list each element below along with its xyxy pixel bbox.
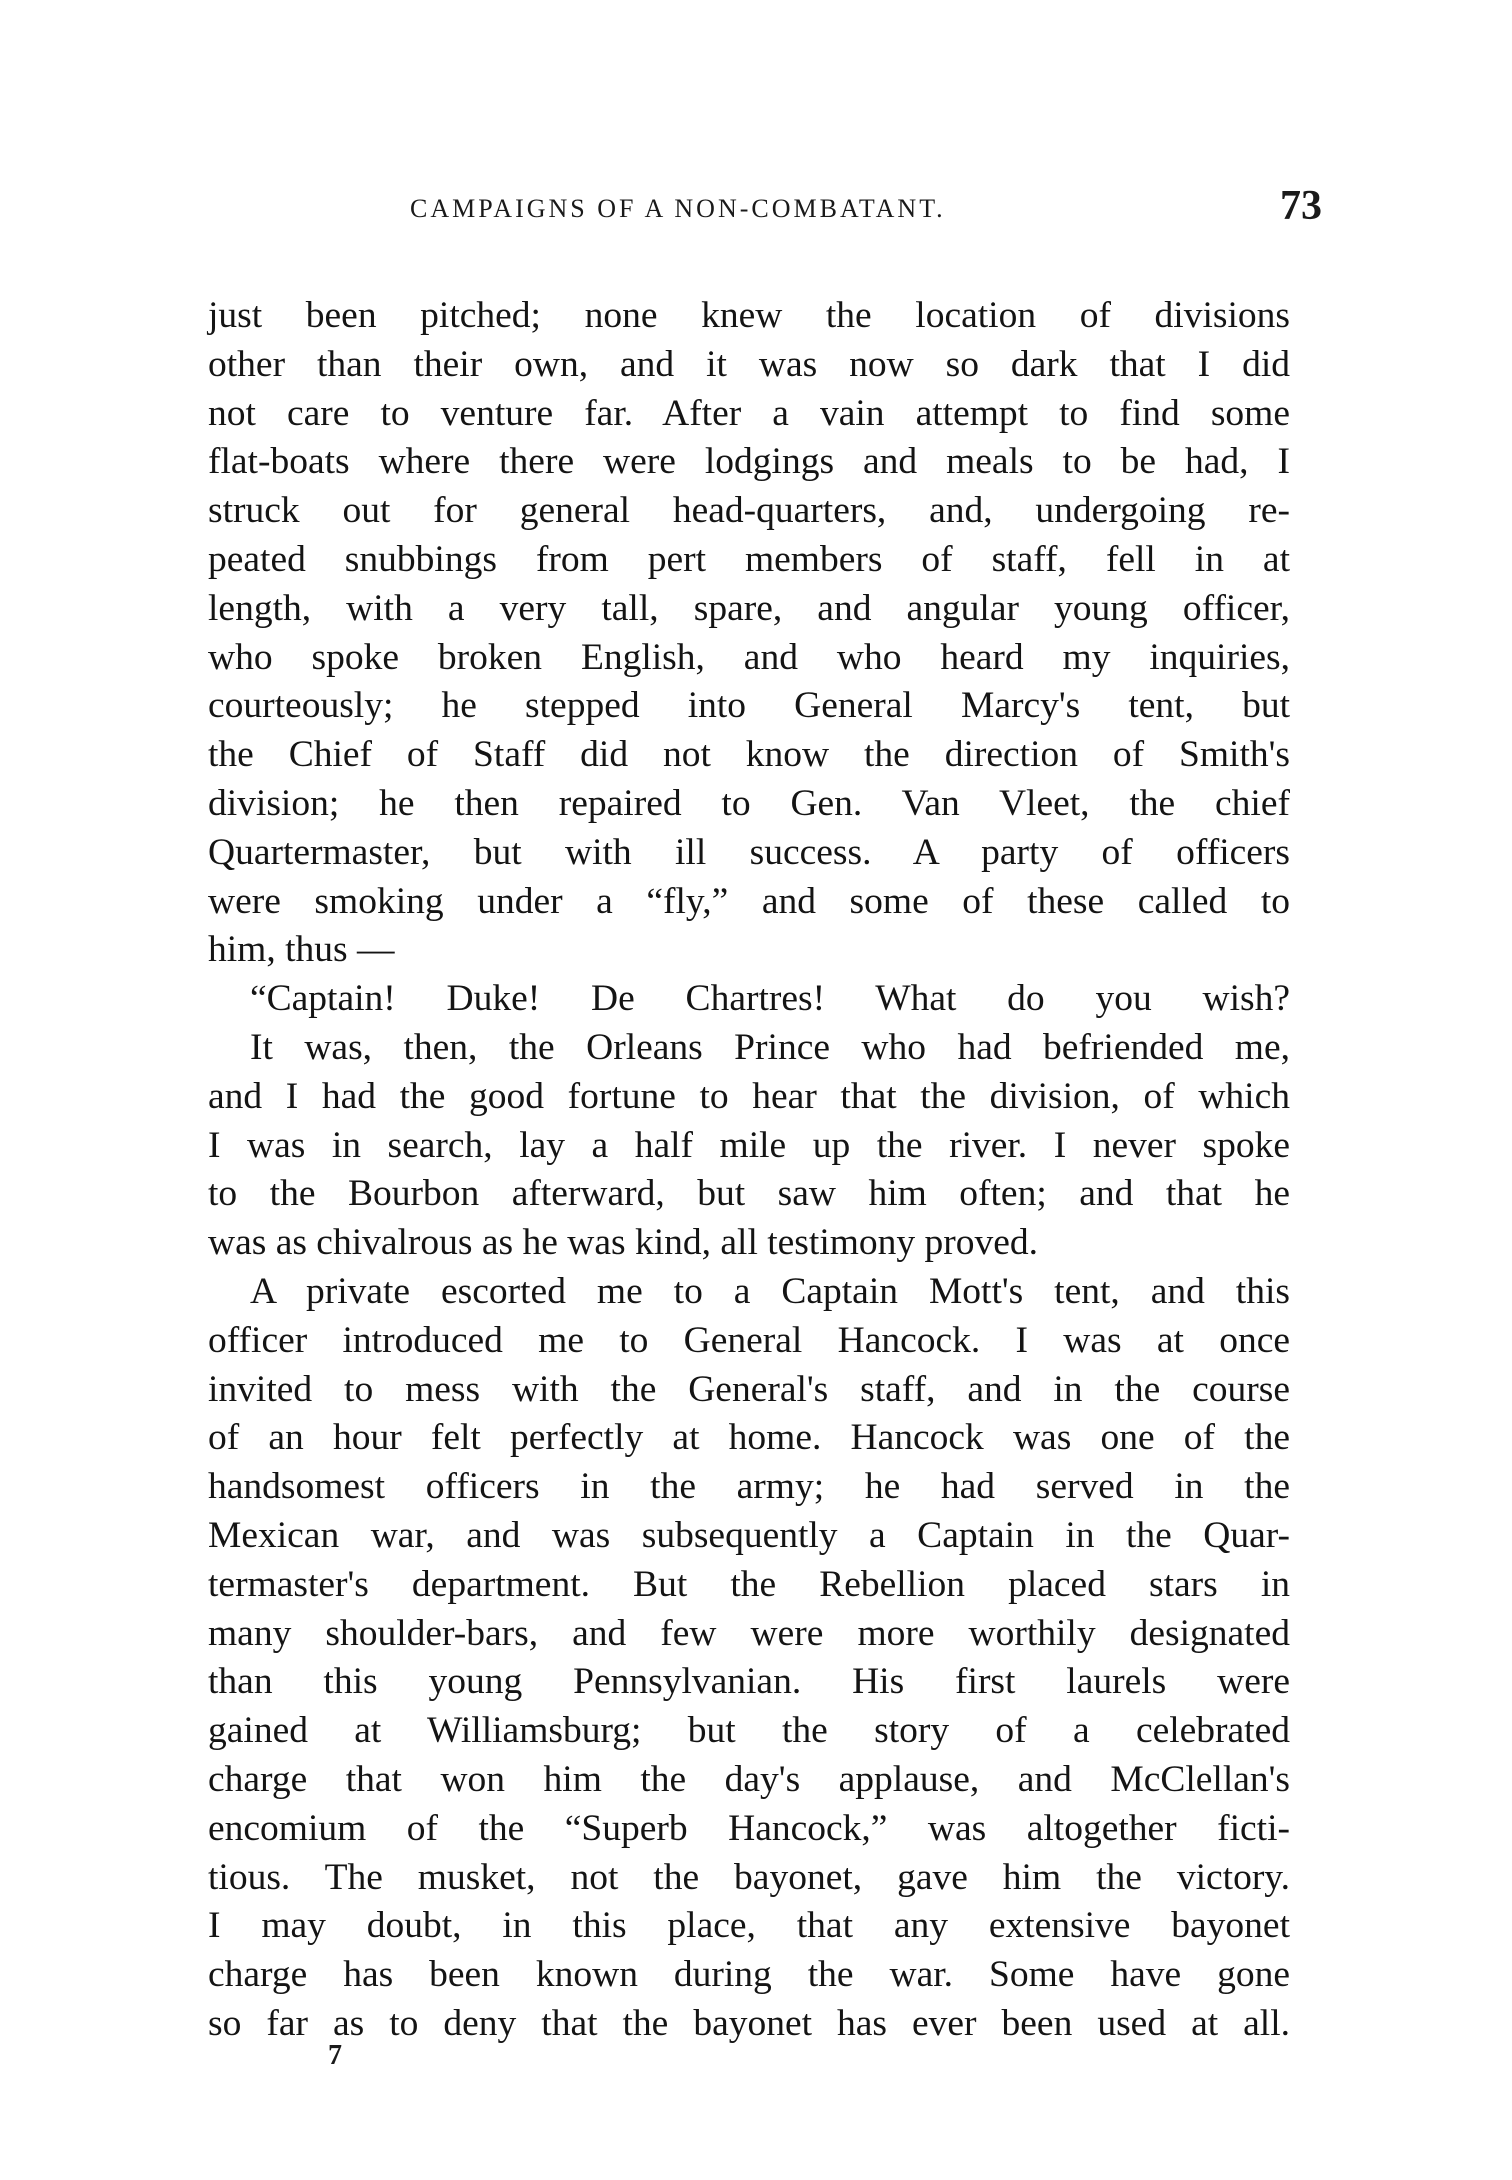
text-line: courteously; he stepped into General Mar… (208, 682, 1290, 731)
signature-mark: 7 (328, 2040, 342, 2072)
text-line: gained at Williamsburg; but the story of… (208, 1707, 1290, 1756)
page-number: 73 (1280, 182, 1322, 230)
text-line: charge has been known during the war. So… (208, 1951, 1290, 2000)
text-line: Quartermaster, but with ill success. A p… (208, 829, 1290, 878)
text-line: officer introduced me to General Hancock… (208, 1317, 1290, 1366)
text-line: other than their own, and it was now so … (208, 341, 1290, 390)
text-line: struck out for general head-quarters, an… (208, 487, 1290, 536)
text-line: so far as to deny that the bayonet has e… (208, 2000, 1290, 2049)
text-line: not care to venture far. After a vain at… (208, 390, 1290, 439)
text-line: length, with a very tall, spare, and ang… (208, 585, 1290, 634)
book-page: CAMPAIGNS OF A NON-COMBATANT. 73 just be… (0, 0, 1512, 2180)
dialogue-line: “Captain! Duke! De Chartres! What do you… (208, 975, 1290, 1024)
text-line: who spoke broken English, and who heard … (208, 634, 1290, 683)
text-line: to the Bourbon afterward, but saw him of… (208, 1170, 1290, 1219)
text-line: many shoulder-bars, and few were more wo… (208, 1610, 1290, 1659)
text-line: charge that won him the day's applause, … (208, 1756, 1290, 1805)
text-line: I was in search, lay a half mile up the … (208, 1122, 1290, 1171)
text-line: I may doubt, in this place, that any ext… (208, 1902, 1290, 1951)
text-line: the Chief of Staff did not know the dire… (208, 731, 1290, 780)
text-line: termaster's department. But the Rebellio… (208, 1561, 1290, 1610)
text-line: were smoking under a “fly,” and some of … (208, 878, 1290, 927)
text-line: flat-boats where there were lodgings and… (208, 438, 1290, 487)
text-line: handsomest officers in the army; he had … (208, 1463, 1290, 1512)
text-line: and I had the good fortune to hear that … (208, 1073, 1290, 1122)
text-line: peated snubbings from pert members of st… (208, 536, 1290, 585)
text-line: encomium of the “Superb Hancock,” was al… (208, 1805, 1290, 1854)
text-line: him, thus — (208, 926, 1290, 975)
text-line: just been pitched; none knew the locatio… (208, 292, 1290, 341)
text-line: was as chivalrous as he was kind, all te… (208, 1219, 1290, 1268)
paragraph-start-line: A private escorted me to a Captain Mott'… (208, 1268, 1290, 1317)
text-line: of an hour felt perfectly at home. Hanco… (208, 1414, 1290, 1463)
text-line: tious. The musket, not the bayonet, gave… (208, 1854, 1290, 1903)
text-line: than this young Pennsylvanian. His first… (208, 1658, 1290, 1707)
body-text: just been pitched; none knew the locatio… (208, 292, 1290, 2049)
text-line: invited to mess with the General's staff… (208, 1366, 1290, 1415)
paragraph-start-line: It was, then, the Orleans Prince who had… (208, 1024, 1290, 1073)
text-line: division; he then repaired to Gen. Van V… (208, 780, 1290, 829)
running-head-title: CAMPAIGNS OF A NON-COMBATANT. (410, 194, 1080, 224)
text-line: Mexican war, and was subsequently a Capt… (208, 1512, 1290, 1561)
